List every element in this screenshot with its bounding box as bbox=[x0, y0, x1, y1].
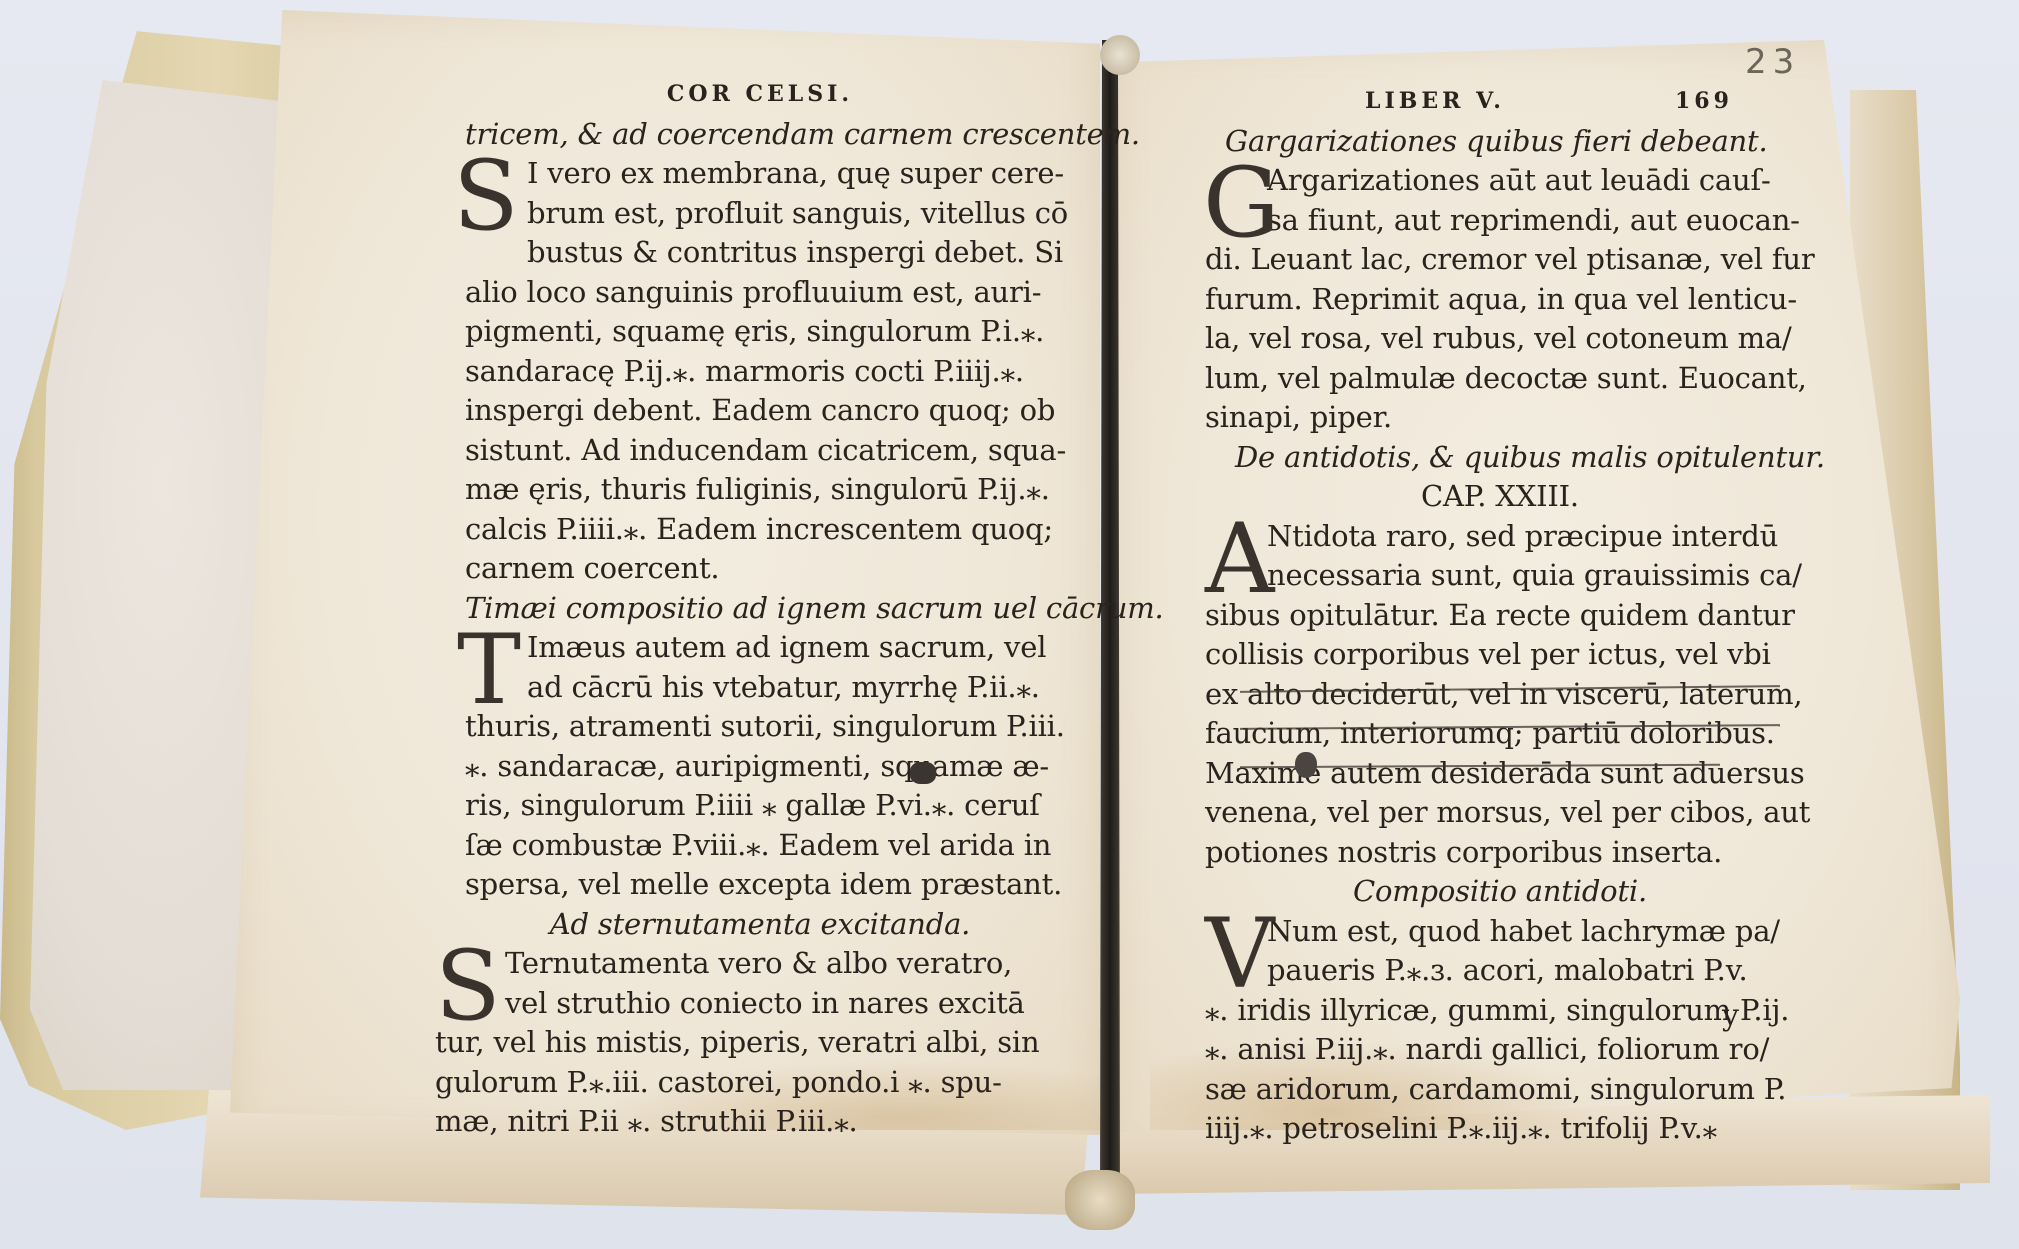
paragraph-si-vero: S I vero ex membrana, quę super cere- br… bbox=[465, 154, 1055, 273]
paragraph-timaeus: T Imæus autem ad ignem sacrum, vel ad cā… bbox=[465, 628, 1055, 707]
text-line: sandaracę P.ij.⁎. marmoris cocti P.iiij.… bbox=[465, 352, 1055, 392]
section-heading-compositio: Compositio antidoti. bbox=[1205, 872, 1795, 912]
text-line: I vero ex membrana, quę super cere- bbox=[465, 154, 1055, 194]
text-line: pigmenti, squamę ęris, singulorum P.i.⁎. bbox=[465, 312, 1055, 352]
text-line: necessaria sunt, quia grauissimis ca/ bbox=[1205, 556, 1795, 596]
text-line: ⁎. sandaracæ, auripigmenti, squamæ æ- bbox=[465, 747, 1055, 787]
section-heading-antidotis: De antidotis, & quibus malis opitulentur… bbox=[1205, 438, 1795, 478]
running-head-title: LIBER V. bbox=[1365, 88, 1505, 114]
text-line: lum, vel palmulæ decoctæ sunt. Euocant, bbox=[1205, 359, 1795, 399]
section-heading-gargarizationes: Gargarizationes quibus fieri debeant. bbox=[1205, 122, 1795, 162]
text-line: inspergi debent. Eadem cancro quoq; ob bbox=[465, 391, 1055, 431]
text-line: tricem, & ad coercendam carnem crescente… bbox=[465, 115, 1055, 155]
text-line: Imæus autem ad ignem sacrum, vel bbox=[465, 628, 1055, 668]
text-line: sibus opitulātur. Ea recte quidem dantur bbox=[1205, 596, 1795, 636]
pencil-folio-note: 23 bbox=[1745, 42, 1800, 82]
paragraph-unum-est: V Num est, quod habet lachrymæ pa/ pauer… bbox=[1205, 912, 1795, 991]
spine-thread-bottom bbox=[1065, 1170, 1135, 1230]
paragraph-sternutamenta: S Ternutamenta vero & albo veratro, vel … bbox=[465, 944, 1055, 1023]
text-line: thuris, atramenti sutorii, singulorum P.… bbox=[465, 707, 1055, 747]
text-line: gulorum P.⁎.iii. castorei, pondo.i ⁎. sp… bbox=[435, 1063, 1055, 1103]
text-line: Ternutamenta vero & albo veratro, bbox=[465, 944, 1055, 984]
paragraph-gargarizationes: G Argarizationes aūt aut leuādi cauſ- sa… bbox=[1205, 161, 1795, 240]
text-line: sistunt. Ad inducendam cicatricem, squa- bbox=[465, 431, 1055, 471]
text-line: ris, singulorum P.iiii ⁎ gallæ P.vi.⁎. c… bbox=[465, 786, 1055, 826]
text-line: Maxime autem desiderāda sunt aduersus bbox=[1205, 754, 1795, 794]
text-line: ſæ combustæ P.viii.⁎. Eadem vel arida in bbox=[465, 826, 1055, 866]
text-line: paueris P.⁎.ɜ. acori, malobatri P.v. bbox=[1205, 951, 1795, 991]
dropcap-s: S bbox=[435, 946, 501, 1026]
text-line: furum. Reprimit aqua, in qua vel lenticu… bbox=[1205, 280, 1795, 320]
text-line: di. Leuant lac, cremor vel ptisanæ, vel … bbox=[1205, 240, 1795, 280]
dropcap-a: A bbox=[1205, 519, 1274, 599]
left-page-text: COR CELSI. tricem, & ad coercendam carne… bbox=[465, 75, 1055, 1142]
text-line: bustus & contritus inspergi debet. Si bbox=[465, 233, 1055, 273]
text-line: la, vel rosa, vel rubus, vel cotoneum ma… bbox=[1205, 319, 1795, 359]
dropcap-t: T bbox=[457, 630, 521, 710]
page-number: 169 bbox=[1675, 82, 1733, 122]
text-line: sæ aridorum, cardamomi, singulorum P. bbox=[1205, 1070, 1795, 1110]
running-head-right: LIBER V. 169 bbox=[1205, 82, 1795, 122]
ink-blot bbox=[1295, 752, 1317, 778]
text-line: collisis corporibus vel per ictus, vel v… bbox=[1205, 635, 1795, 675]
text-line: ⁎. iridis illyricæ, gummi, singulorum P.… bbox=[1205, 991, 1795, 1031]
text-line: mæ ęris, thuris fuliginis, singulorū P.i… bbox=[465, 470, 1055, 510]
text-line: vel struthio coniecto in nares excitā bbox=[465, 984, 1055, 1024]
dropcap-v: V bbox=[1205, 914, 1274, 994]
text-line: sa fiunt, aut reprimendi, aut euocan- bbox=[1205, 201, 1795, 241]
text-line: calcis P.iiii.⁎. Eadem increscentem quoq… bbox=[465, 510, 1055, 550]
ink-blot bbox=[910, 762, 936, 784]
running-head-left: COR CELSI. bbox=[465, 75, 1055, 115]
text-line: ⁎. anisi P.iij.⁎. nardi gallici, folioru… bbox=[1205, 1030, 1795, 1070]
section-heading-timaei: Timæi compositio ad ignem sacrum uel cāc… bbox=[465, 589, 1055, 629]
text-line: carnem coercent. bbox=[465, 549, 1055, 589]
text-line: iiij.⁎. petroselini P.⁎.iij.⁎. trifolij … bbox=[1205, 1109, 1795, 1149]
text-line: Ntidota raro, sed præcipue interdū bbox=[1205, 517, 1795, 557]
signature-mark: y bbox=[1722, 998, 1739, 1033]
spine-thread-top bbox=[1100, 35, 1140, 75]
right-page-text: LIBER V. 169 Gargarizationes quibus fier… bbox=[1205, 82, 1795, 1149]
underlined-text-line: potiones nostris corporibus inserta. bbox=[1205, 833, 1795, 873]
text-line: spersa, vel melle excepta idem præstant. bbox=[465, 865, 1055, 905]
text-line: ex alto deciderūt, vel in viscerū, later… bbox=[1205, 675, 1795, 715]
text-line: tur, vel his mistis, piperis, veratri al… bbox=[435, 1023, 1055, 1063]
section-heading-sternutamenta: Ad sternutamenta excitanda. bbox=[465, 905, 1055, 945]
text-line: faucium, interiorumq; partiū doloribus. bbox=[1205, 714, 1795, 754]
text-line: ad cācrū his vtebatur, myrrhę P.ii.⁎. bbox=[465, 668, 1055, 708]
text-line: Argarizationes aūt aut leuādi cauſ- bbox=[1205, 161, 1795, 201]
dropcap-s: S bbox=[453, 156, 519, 236]
text-line: sinapi, piper. bbox=[1205, 398, 1795, 438]
text-line: alio loco sanguinis profluuium est, auri… bbox=[465, 273, 1055, 313]
text-line: Num est, quod habet lachrymæ pa/ bbox=[1205, 912, 1795, 952]
dropcap-g: G bbox=[1203, 163, 1280, 243]
paragraph-antidota: A Ntidota raro, sed præcipue interdū nec… bbox=[1205, 517, 1795, 596]
underlined-text-line: venena, vel per morsus, vel per cibos, a… bbox=[1205, 793, 1795, 833]
text-line: mæ, nitri P.ii ⁎. struthii P.iii.⁎. bbox=[435, 1102, 1055, 1142]
text-line: brum est, profluit sanguis, vitellus cō bbox=[465, 194, 1055, 234]
chapter-number: CAP. XXIII. bbox=[1205, 477, 1795, 517]
